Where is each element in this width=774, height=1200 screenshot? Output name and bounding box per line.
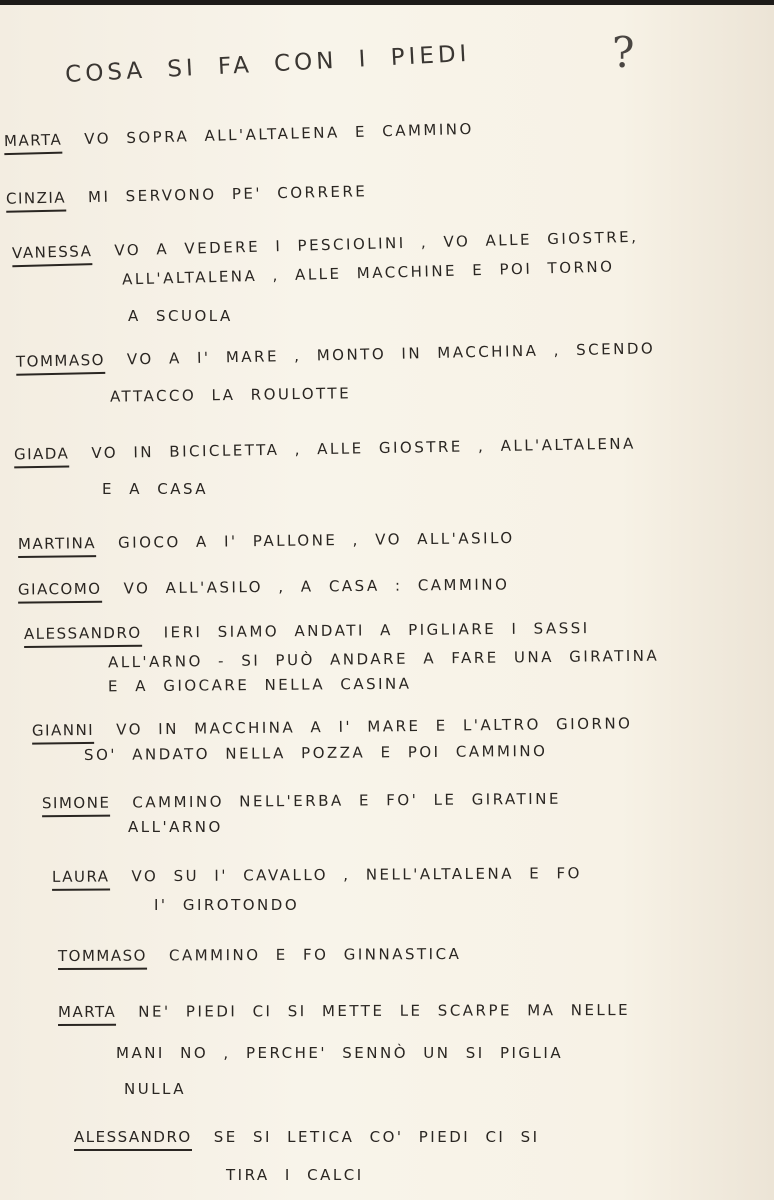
entry-text: NE' PIEDI CI SI METTE LE SCARPE MA NELLE [138,1001,630,1021]
child-name: MARTA [58,1003,116,1026]
child-name: GIACOMO [18,580,102,604]
entry-tommaso-2: TOMMASOCAMMINO E FO GINNASTICA [58,945,461,970]
entry-text: CAMMINO NELL'ERBA E FO' LE GIRATINE [132,790,561,812]
entry-text-cont: ALL'ARNO [128,818,223,836]
title-question-mark: ? [612,28,635,77]
child-name: MARTA [4,131,63,156]
child-name: ALESSANDRO [74,1128,192,1151]
child-name: TOMMASO [58,947,147,970]
entry-laura: LAURAVO SU I' CAVALLO , NELL'ALTALENA E … [52,864,582,891]
entry-text-cont: ATTACCO LA ROULOTTE [110,384,351,405]
child-name: MARTINA [18,534,96,558]
entry-text-cont: E A CASA [102,480,208,498]
entry-text-cont: E A GIOCARE NELLA CASINA [108,675,412,696]
child-name: GIANNI [32,721,94,745]
entry-marta-2: MARTANE' PIEDI CI SI METTE LE SCARPE MA … [58,1001,630,1026]
entry-text: SE SI LETICA CO' PIEDI CI SI [214,1128,540,1146]
entry-text-cont: A SCUOLA [128,307,233,325]
entry-alessandro-2: ALESSANDROSE SI LETICA CO' PIEDI CI SI [74,1128,540,1151]
child-name: TOMMASO [16,351,105,376]
child-name: CINZIA [6,189,67,213]
child-name: LAURA [52,867,110,890]
child-name: ALESSANDRO [24,624,142,648]
entry-text-cont: MANI NO , PERCHE' SENNÒ UN SI PIGLIA [116,1044,563,1062]
child-name: SIMONE [42,794,111,818]
child-name: VANESSA [12,242,93,267]
child-name: GIADA [14,444,70,468]
entry-text: VO ALL'ASILO , A CASA : CAMMINO [123,575,509,597]
entry-text: IERI SIAMO ANDATI A PIGLIARE I SASSI [164,619,590,641]
entry-text: CAMMINO E FO GINNASTICA [169,945,461,965]
entry-text-cont: NULLA [124,1080,186,1098]
entry-simone: SIMONECAMMINO NELL'ERBA E FO' LE GIRATIN… [42,790,561,818]
entry-text-cont: I' GIROTONDO [154,896,299,914]
entry-text: VO SU I' CAVALLO , NELL'ALTALENA E FO [131,864,582,885]
entry-text-cont: TIRA I CALCI [226,1166,364,1184]
entry-text: GIOCO A I' PALLONE , VO ALL'ASILO [118,529,515,552]
